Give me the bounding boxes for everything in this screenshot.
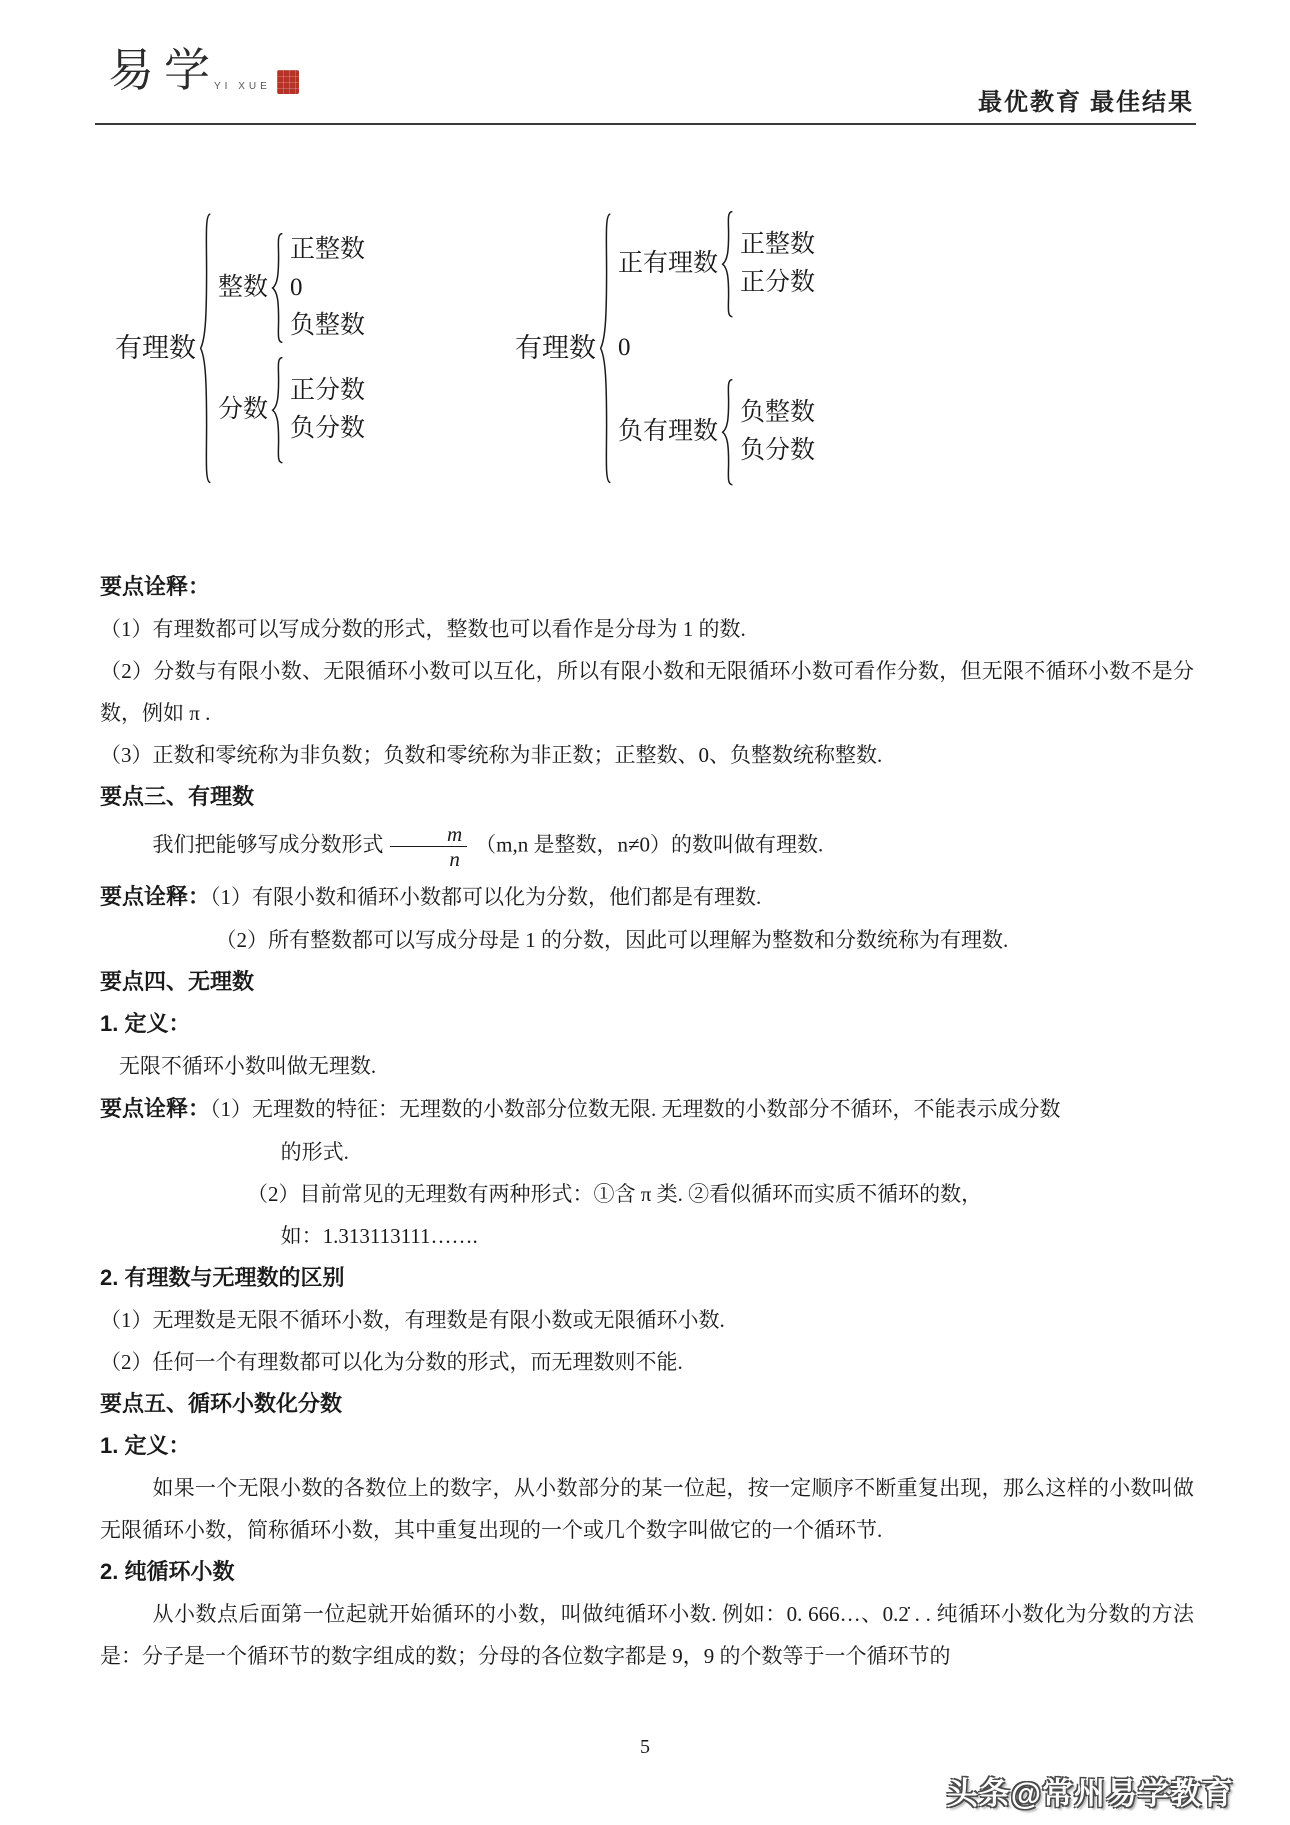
- kp5-pure-repeating-text: 从小数点后面第一位起就开始循环的小数，叫做纯循环小数. 例如：0. 666…、0…: [100, 1593, 1194, 1677]
- brace-icon: [599, 210, 612, 487]
- diagram-branches: 整数 正整数 0 负整数 分数 正分数: [218, 231, 365, 465]
- kp3-definition: 我们把能够写成分数形式mn（m,n 是整数，n≠0）的数叫做有理数.: [100, 818, 1194, 875]
- kp4-note-1-text: （1）无理数的特征：无理数的小数部分位数无限. 无理数的小数部分不循环，不能表示…: [210, 1097, 1061, 1121]
- section-4-heading: 要点四、无理数: [100, 961, 1194, 1003]
- logo-text: 易学: [108, 48, 220, 94]
- header-divider: [95, 123, 1196, 125]
- kp4-note-1-continued: 的形式.: [100, 1131, 1194, 1173]
- branch-fractions: 分数 正分数 负分数: [218, 355, 365, 465]
- kp2-item-1: （1）有理数都可以写成分数的形式，整数也可以看作是分母为 1 的数.: [100, 608, 1194, 650]
- logo-subtext: YI XUE: [214, 81, 271, 92]
- leaf-label: 正整数: [740, 226, 815, 264]
- branch-integers: 整数 正整数 0 负整数: [218, 231, 365, 345]
- kp3-note-1-text: （1）有限小数和循环小数都可以化为分数，他们都是有理数.: [210, 885, 761, 909]
- kp2-item-3: （3）正数和零统称为非负数；负数和零统称为非正数；正整数、0、负整数统称整数.: [100, 734, 1194, 776]
- kp5-definition-heading: 1. 定义：: [100, 1425, 1194, 1467]
- leaf-label: 0: [290, 269, 365, 307]
- document-page: 易学 YI XUE 最优教育 最佳结果 有理数 整数: [0, 0, 1290, 1825]
- branch-label: 正有理数: [618, 245, 718, 283]
- leaf-label: 负分数: [740, 432, 815, 470]
- brace-icon: [271, 356, 284, 464]
- branch-label: 负有理数: [618, 413, 718, 451]
- leaf-label: 负分数: [290, 410, 365, 448]
- kp5-pure-before: 从小数点后面第一位起就开始循环的小数，叫做纯循环小数. 例如：0. 666…、: [153, 1602, 883, 1626]
- key-points-explain-heading: 要点诠释：: [100, 566, 1194, 608]
- kp4-note-2-continued: 如：1.313113111…….: [100, 1215, 1194, 1257]
- watermark-text: 头条@常州易学教育: [947, 1768, 1234, 1813]
- kp3-note-1: 要点诠释：（1）有限小数和循环小数都可以化为分数，他们都是有理数.: [100, 875, 1194, 919]
- kp4-note-2: （2）目前常见的无理数有两种形式：①含 π 类. ②看似循环而实质不循环的数，: [100, 1173, 1194, 1215]
- leaf-label: 正分数: [740, 264, 815, 302]
- kp4-definition: 无限不循环小数叫做无理数.: [100, 1045, 1194, 1087]
- brace-icon: [199, 210, 212, 487]
- branch-label: 分数: [218, 391, 268, 429]
- kp3-note-label: 要点诠释：: [100, 884, 210, 909]
- logo: 易学 YI XUE: [108, 48, 299, 94]
- branch-label: 整数: [218, 269, 268, 307]
- leaf-label: 负整数: [740, 394, 815, 432]
- branch-negative-rationals: 负有理数 负整数 负分数: [618, 377, 815, 487]
- document-body: 要点诠释： （1）有理数都可以写成分数的形式，整数也可以看作是分母为 1 的数.…: [100, 566, 1194, 1677]
- diagram-root-label: 有理数: [515, 329, 596, 367]
- brace-icon: [271, 232, 284, 344]
- fraction-numerator: m: [390, 822, 468, 847]
- branch-children: 负整数 负分数: [740, 394, 815, 470]
- fraction-m-over-n: mn: [390, 822, 468, 871]
- leaf-label: 0: [618, 329, 631, 367]
- page-header: 易学 YI XUE 最优教育 最佳结果: [0, 0, 1290, 125]
- section-5-heading: 要点五、循环小数化分数: [100, 1383, 1194, 1425]
- kp5-pure-repeating-heading: 2. 纯循环小数: [100, 1551, 1194, 1593]
- page-number: 5: [0, 1736, 1290, 1759]
- leaf-label: 正整数: [290, 231, 365, 269]
- kp4-difference-heading: 2. 有理数与无理数的区别: [100, 1257, 1194, 1299]
- kp4-difference-2: （2）任何一个有理数都可以化为分数的形式，而无理数则不能.: [100, 1341, 1194, 1383]
- kp4-definition-heading: 1. 定义：: [100, 1003, 1194, 1045]
- brace-icon: [721, 378, 734, 486]
- diagram-branches: 正有理数 正整数 正分数 0 负有理数: [618, 209, 815, 488]
- leaf-label: 正分数: [290, 372, 365, 410]
- section-3-heading: 要点三、有理数: [100, 776, 1194, 818]
- kp2-item-2: （2）分数与有限小数、无限循环小数可以互化，所以有限小数和无限循环小数可看作分数…: [100, 650, 1194, 734]
- header-tagline: 最优教育 最佳结果: [978, 82, 1194, 117]
- kp3-note-2: （2）所有整数都可以写成分母是 1 的分数，因此可以理解为整数和分数统称为有理数…: [100, 919, 1194, 961]
- kp5-definition: 如果一个无限小数的各数位上的数字，从小数部分的某一位起，按一定顺序不断重复出现，…: [100, 1467, 1194, 1551]
- branch-children: 正整数 0 负整数: [290, 231, 365, 345]
- leaf-label: 负整数: [290, 307, 365, 345]
- branch-zero: 0: [618, 329, 815, 367]
- classification-diagrams: 有理数 整数 正整数 0 负整数 分数: [115, 209, 1290, 488]
- kp4-note-label: 要点诠释：: [100, 1096, 210, 1121]
- logo-right: YI XUE: [214, 70, 299, 94]
- repeating-decimal-notation: 0.2̇: [883, 1602, 909, 1626]
- red-seal-icon: [277, 70, 299, 94]
- kp4-difference-1: （1）无理数是无限不循环小数，有理数是有限小数或无限循环小数.: [100, 1299, 1194, 1341]
- branch-positive-rationals: 正有理数 正整数 正分数: [618, 209, 815, 319]
- brace-icon: [721, 210, 734, 318]
- fraction-denominator: n: [392, 847, 465, 871]
- rational-number-diagram-by-integer-fraction: 有理数 整数 正整数 0 负整数 分数: [115, 209, 365, 488]
- kp3-def-before: 我们把能够写成分数形式: [153, 832, 384, 856]
- diagram-root-label: 有理数: [115, 329, 196, 367]
- kp3-def-after: （m,n 是整数，n≠0）的数叫做有理数.: [475, 832, 823, 856]
- rational-number-diagram-by-sign: 有理数 正有理数 正整数 正分数 0: [515, 209, 815, 488]
- branch-children: 正分数 负分数: [290, 372, 365, 448]
- branch-children: 正整数 正分数: [740, 226, 815, 302]
- kp4-note-1: 要点诠释：（1）无理数的特征：无理数的小数部分位数无限. 无理数的小数部分不循环…: [100, 1087, 1194, 1131]
